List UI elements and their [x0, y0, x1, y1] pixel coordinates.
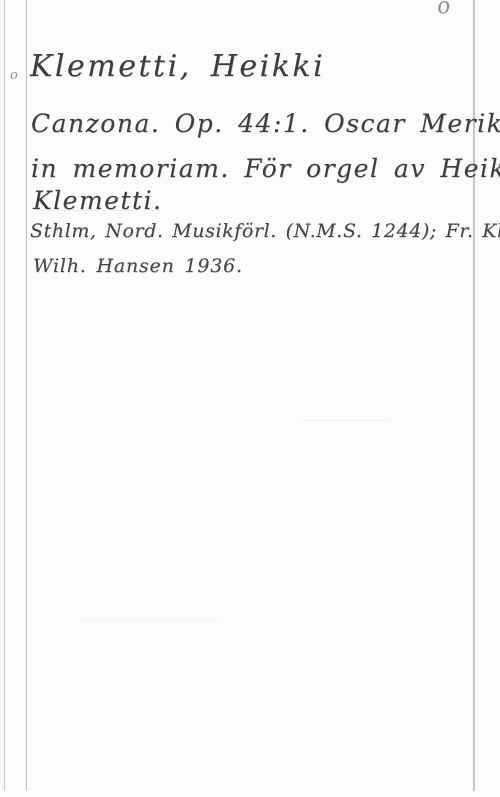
title-line-3: Klemetti. [33, 187, 163, 216]
scan-noise-streak [80, 620, 220, 621]
catalog-card-scan: o o Klemetti, Heikki Canzona. Op. 44:1. … [0, 0, 500, 797]
scan-noise-streak [300, 420, 390, 421]
scan-noise-streak [40, 210, 160, 211]
title-line-2: in memoriam. För orgel av Heikki [31, 155, 500, 184]
card-heading-author: Klemetti, Heikki [30, 50, 325, 85]
scan-bottom-edge [0, 791, 500, 797]
margin-annotation-mark: o [10, 68, 18, 83]
imprint-line-2: Wilh. Hansen 1936. [33, 256, 243, 278]
margin-rule-line [26, 0, 27, 791]
imprint-line-1: Sthlm, Nord. Musikförl. (N.M.S. 1244); F… [30, 221, 500, 243]
corner-annotation-mark: o [435, 0, 452, 20]
card-left-edge-line [4, 0, 5, 791]
title-line-1: Canzona. Op. 44:1. Oscar Merikanto [31, 110, 500, 139]
